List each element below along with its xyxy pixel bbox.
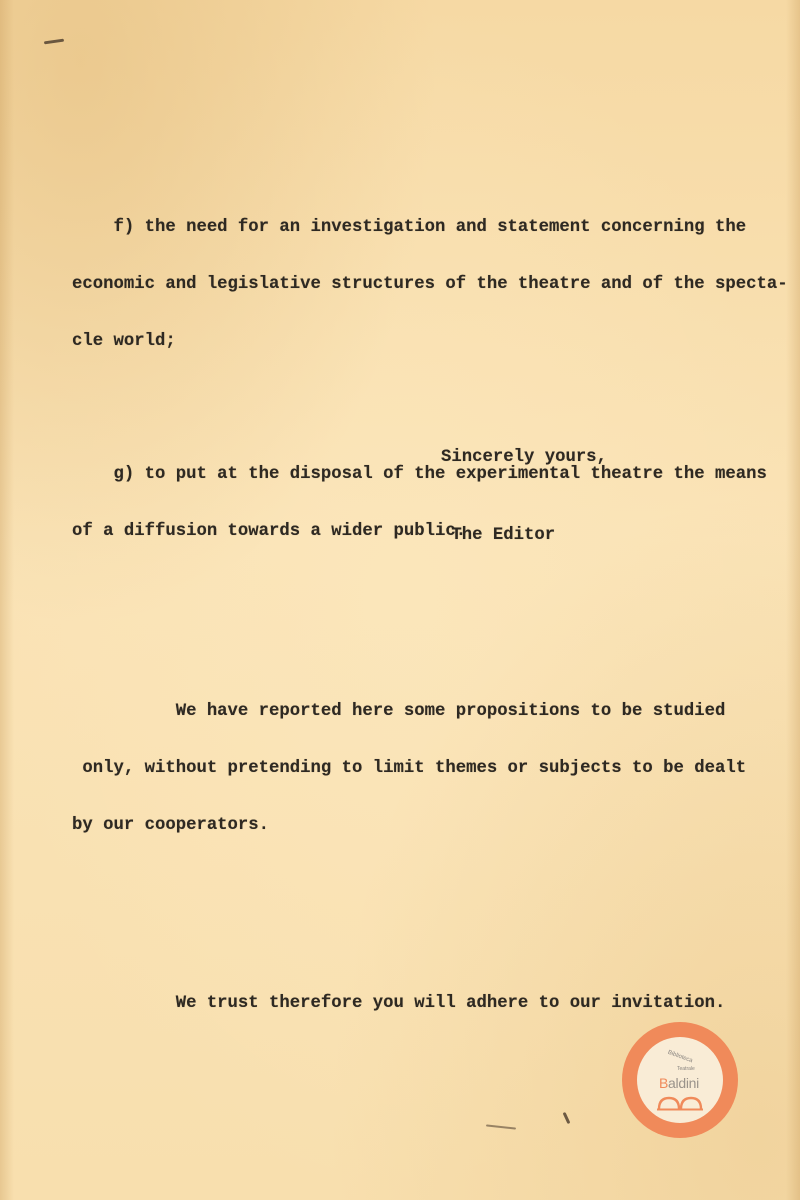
- ink-mark-bottom-tick: [563, 1112, 571, 1124]
- text-line: g) to put at the disposal of the experim…: [72, 465, 752, 484]
- stamp-name-initial: B: [659, 1075, 668, 1091]
- text-line: only, without pretending to limit themes…: [72, 759, 752, 778]
- stamp-sub-text: Teatrale: [677, 1066, 695, 1072]
- paragraph-gap: [72, 617, 752, 626]
- paragraph-item-g: g) to put at the disposal of the experim…: [72, 427, 752, 579]
- signer-title: The Editor: [441, 523, 607, 549]
- ink-mark-bottom-dash: [486, 1124, 516, 1129]
- stamp-name: Baldini: [659, 1075, 699, 1091]
- text-line: by our cooperators.: [72, 816, 752, 835]
- library-stamp: Biblioteca Teatrale Baldini: [622, 1022, 738, 1138]
- signature-block: Sincerely yours, The Editor: [441, 393, 607, 575]
- text-line: cle world;: [72, 332, 752, 351]
- paragraph-gap: [72, 911, 752, 918]
- text-line: We trust therefore you will adhere to ou…: [72, 994, 752, 1013]
- closing-salutation: Sincerely yours,: [441, 445, 607, 471]
- stamp-top-text: Biblioteca: [667, 1050, 693, 1065]
- paragraph-propositions: We have reported here some propositions …: [72, 664, 752, 873]
- paper-edge-right: [786, 0, 800, 1200]
- text-line: of a diffusion towards a wider public.: [72, 522, 752, 541]
- stamp-arches-logo-icon: [657, 1095, 703, 1111]
- paragraph-item-f: f) the need for an investigation and sta…: [72, 180, 752, 389]
- ink-mark-top-left: [44, 39, 64, 45]
- text-line: We have reported here some propositions …: [72, 702, 752, 721]
- paper-edge-left: [0, 0, 14, 1200]
- text-line: economic and legislative structures of t…: [72, 275, 752, 294]
- text-line: f) the need for an investigation and sta…: [72, 218, 752, 237]
- stamp-name-rest: aldini: [668, 1075, 699, 1091]
- letter-body: f) the need for an investigation and sta…: [72, 142, 752, 1070]
- stamp-inner-circle: Biblioteca Teatrale Baldini: [637, 1037, 723, 1123]
